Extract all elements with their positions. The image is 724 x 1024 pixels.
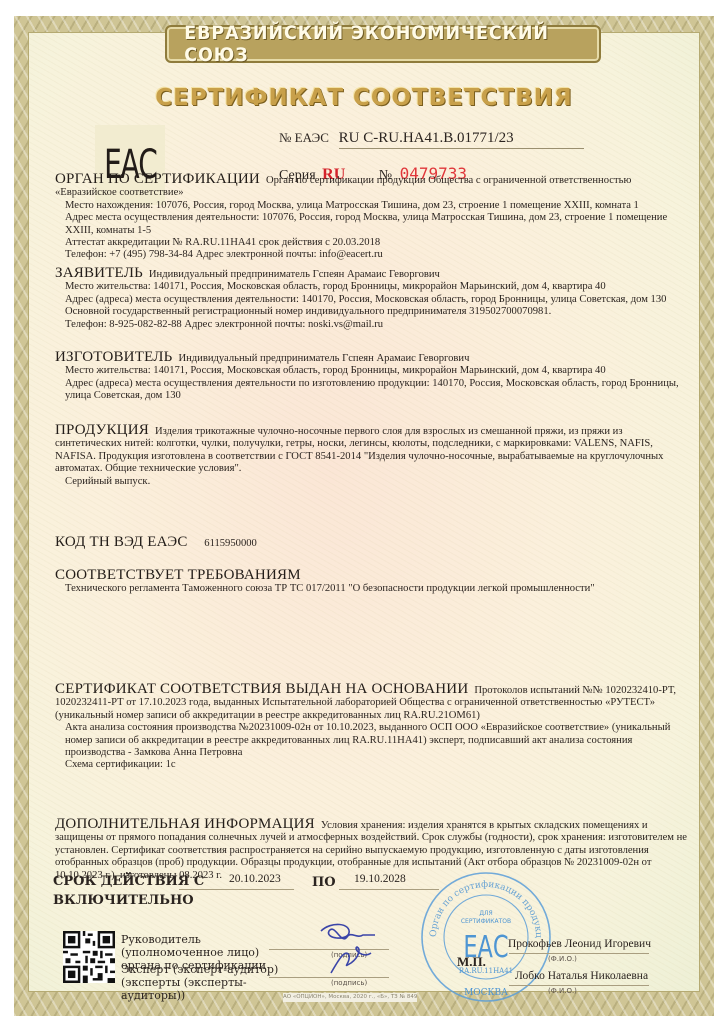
certificate-body: ЕВРАЗИЙСКИЙ ЭКОНОМИЧЕСКИЙ СОЮЗ СЕРТИФИКА…: [28, 32, 700, 992]
applicant-contacts: Телефон: 8-925-082-82-88 Адрес электронн…: [55, 319, 687, 331]
heading-manufacturer: ИЗГОТОВИТЕЛЬ: [55, 349, 172, 365]
heading-applicant: ЗАЯВИТЕЛЬ: [55, 265, 143, 281]
validity-to-label: ПО: [312, 875, 336, 890]
validity-block: СРОК ДЕЙСТВИЯ С ВКЛЮЧИТЕЛЬНО: [53, 874, 204, 908]
validity-date-to: 19.10.2028: [354, 873, 406, 885]
reg-label: № ЕАЭС: [279, 130, 329, 145]
section-requirements: СООТВЕТСТВУЕТ ТРЕБОВАНИЯМ Технического р…: [55, 569, 687, 596]
section-applicant: ЗАЯВИТЕЛЬИндивидуальный предприниматель …: [55, 267, 687, 331]
svg-text:ДЛЯ: ДЛЯ: [479, 910, 492, 917]
date-from-underline: [179, 889, 294, 890]
expert-name-line: [509, 985, 649, 986]
manufacturer-residence: Место жительства: 140171, Россия, Москов…: [55, 365, 687, 377]
head-name-line: [509, 953, 649, 954]
manufacturer-production-address: Адрес (адреса) места осуществления деяте…: [55, 378, 687, 403]
heading-requirements: СООТВЕТСТВУЕТ ТРЕБОВАНИЯМ: [55, 567, 301, 583]
svg-text:Орган по сертификации продукци: Орган по сертификации продукции ООО "Евр…: [418, 869, 543, 938]
heading-certification-body: ОРГАН ПО СЕРТИФИКАЦИИ: [55, 171, 260, 187]
reg-number: RU C-RU.HA41.B.01771/23: [339, 130, 584, 149]
heading-basis: СЕРТИФИКАТ СООТВЕТСТВИЯ ВЫДАН НА ОСНОВАН…: [55, 681, 468, 697]
head-name: Прокофьев Леонид Игоревич: [508, 938, 651, 950]
section-tn-ved: КОД ТН ВЭД ЕАЭС 6115950000: [55, 536, 687, 550]
section-manufacturer: ИЗГОТОВИТЕЛЬИндивидуальный предпринимате…: [55, 351, 687, 403]
validity-date-from: 20.10.2023: [229, 873, 281, 885]
certificate-sheet: ЕВРАЗИЙСКИЙ ЭКОНОМИЧЕСКИЙ СОЮЗ СЕРТИФИКА…: [14, 16, 714, 1016]
requirements-text: Технического регламента Таможенного союз…: [55, 583, 687, 595]
section-certification-body: ОРГАН ПО СЕРТИФИКАЦИИОрган по сертификац…: [55, 173, 687, 262]
basis-scheme: Схема сертификации: 1с: [55, 759, 687, 771]
basis-production-analysis: Акта анализа состояния производства №202…: [55, 722, 687, 759]
svg-text:СЕРТИФИКАТОВ: СЕРТИФИКАТОВ: [461, 918, 511, 925]
heading-tn-ved: КОД ТН ВЭД ЕАЭС: [55, 534, 188, 550]
cb-contacts: Телефон: +7 (495) 798-34-84 Адрес электр…: [55, 249, 687, 261]
expert-name: Лобко Наталья Николаевна: [515, 970, 648, 982]
heading-additional: ДОПОЛНИТЕЛЬНАЯ ИНФОРМАЦИЯ: [55, 816, 315, 832]
section-basis: СЕРТИФИКАТ СООТВЕТСТВИЯ ВЫДАН НА ОСНОВАН…: [55, 683, 687, 772]
cb-location: Место нахождения: 107076, Россия, город …: [55, 200, 687, 212]
union-title: ЕВРАЗИЙСКИЙ ЭКОНОМИЧЕСКИЙ СОЮЗ: [184, 22, 581, 66]
qr-code-icon[interactable]: [63, 931, 115, 983]
applicant-activity-address: Адрес (адреса) места осуществления деяте…: [55, 294, 687, 306]
section-product: ПРОДУКЦИЯИзделия трикотажные чулочно-нос…: [55, 424, 687, 488]
expert-fio-caption: (Ф.И.О.): [548, 987, 577, 995]
tn-ved-code: 6115950000: [204, 538, 257, 549]
validity-from-label: СРОК ДЕЙСТВИЯ С: [53, 874, 204, 889]
applicant-name: Индивидуальный предприниматель Гспеян Ар…: [149, 269, 440, 280]
manufacturer-name: Индивидуальный предприниматель Гспеян Ар…: [178, 353, 469, 364]
head-fio-caption: (Ф.И.О.): [548, 955, 577, 963]
heading-product: ПРОДУКЦИЯ: [55, 422, 149, 438]
stamp-place-label: М.П.: [457, 954, 486, 970]
applicant-residence: Место жительства: 140171, Россия, Москов…: [55, 281, 687, 293]
signature-scribble-icon: [311, 919, 381, 981]
union-banner: ЕВРАЗИЙСКИЙ ЭКОНОМИЧЕСКИЙ СОЮЗ: [165, 25, 601, 63]
cb-accreditation: Аттестат аккредитации № RA.RU.11HA41 сро…: [55, 237, 687, 249]
cb-activity-address: Адрес места осуществления деятельности: …: [55, 212, 687, 237]
registration-number-row: № ЕАЭС RU C-RU.HA41.B.01771/23: [279, 130, 584, 147]
product-release: Серийный выпуск.: [55, 476, 687, 488]
printer-imprint: АО «ОПЦИОН», Москва, 2020 г., «Б», ТЗ № …: [283, 993, 417, 1002]
validity-inclusive-label: ВКЛЮЧИТЕЛЬНО: [53, 893, 204, 908]
svg-text:МОСКВА: МОСКВА: [464, 988, 508, 998]
certificate-title: СЕРТИФИКАТ СООТВЕТСТВИЯ: [29, 85, 699, 111]
applicant-ogrnip: Основной государственный регистрационный…: [55, 306, 687, 318]
expert-signature-label: Эксперт (эксперт-аудитор) (эксперты (экс…: [121, 963, 281, 1002]
